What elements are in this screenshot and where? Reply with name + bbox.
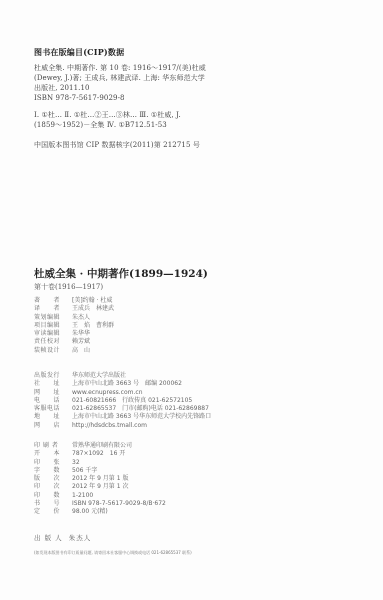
print-row: 印 数1-2100 (34, 492, 166, 500)
credit-row: 装帧设计高 山 (34, 347, 114, 355)
cip-number: 中国版本图书馆 CIP 数据核字(2011)第 212715 号 (34, 140, 200, 150)
print-row: 印 次2012 年 9 月第 1 次 (34, 483, 166, 491)
credit-row: 项目编辑王 焰 曹利群 (34, 322, 114, 330)
publisher-person: 出 版 人 朱杰人 (34, 533, 91, 542)
publisher-row: 网 址www.ecnupress.com.cn (34, 389, 211, 397)
cip-line: 出版社, 2011.10 (34, 83, 206, 93)
publisher-row: 地 址上海市中山北路 3663 号华东师范大学校内先锋路口 (34, 413, 211, 421)
cip-line: 杜威全集. 中期著作. 第 10 卷: 1916～1917/(美)杜威 (34, 63, 206, 73)
publisher-row: 电 话021-60821666 行政传真 021-62572105 (34, 397, 211, 405)
print-row: 定 价98.00 元(精) (34, 508, 166, 516)
classification-line: Ⅰ. ①杜… Ⅱ. ①杜…②王…③林… Ⅲ. ①杜威, J. (34, 110, 181, 120)
credits-list: 著 者[美]约翰 · 杜威 译 者王成兵 林建武 策划编辑朱杰人 项目编辑王 焰… (34, 297, 114, 355)
cip-heading: 图书在版编目(CIP)数据 (34, 47, 124, 58)
cip-line: (Dewey, J.)著; 王成兵, 林建武译. 上海: 华东师范大学 (34, 73, 206, 83)
book-title: 杜威全集 · 中期著作(1899—1924) (34, 266, 208, 281)
isbn-line: ISBN 978-7-5617-9029-8 (34, 93, 206, 103)
credit-row: 译 者王成兵 林建武 (34, 305, 114, 313)
classification-line: (1859～1952)－全集 Ⅳ. ①B712.51-53 (34, 120, 181, 130)
publisher-info: 出版发行华东师范大学出版社 社 址上海市中山北路 3663 号 邮编 20006… (34, 372, 211, 430)
credit-row: 策划编辑朱杰人 (34, 314, 114, 322)
print-row: 开 本787×1092 16 开 (34, 450, 166, 458)
publisher-row: 社 址上海市中山北路 3663 号 邮编 200062 (34, 380, 211, 388)
print-info: 印 刷 者常熟华通印刷有限公司 开 本787×1092 16 开 印 张32 字… (34, 442, 166, 517)
print-row: 印 张32 (34, 459, 166, 467)
quality-note: (如发现本版图书有印订质量问题, 请寄回本社客服中心调换或电话 021-6286… (34, 550, 192, 556)
credit-row: 责任校对赖芳斌 (34, 338, 114, 346)
publisher-row: 网 店http://hdsdcbs.tmall.com (34, 422, 211, 430)
cip-description: 杜威全集. 中期著作. 第 10 卷: 1916～1917/(美)杜威 (Dew… (34, 63, 206, 103)
volume-subtitle: 第十卷(1916—1917) (34, 282, 103, 292)
cip-classification: Ⅰ. ①杜… Ⅱ. ①杜…②王…③林… Ⅲ. ①杜威, J. (1859～195… (34, 110, 181, 130)
print-row: 字 数506 千字 (34, 467, 166, 475)
